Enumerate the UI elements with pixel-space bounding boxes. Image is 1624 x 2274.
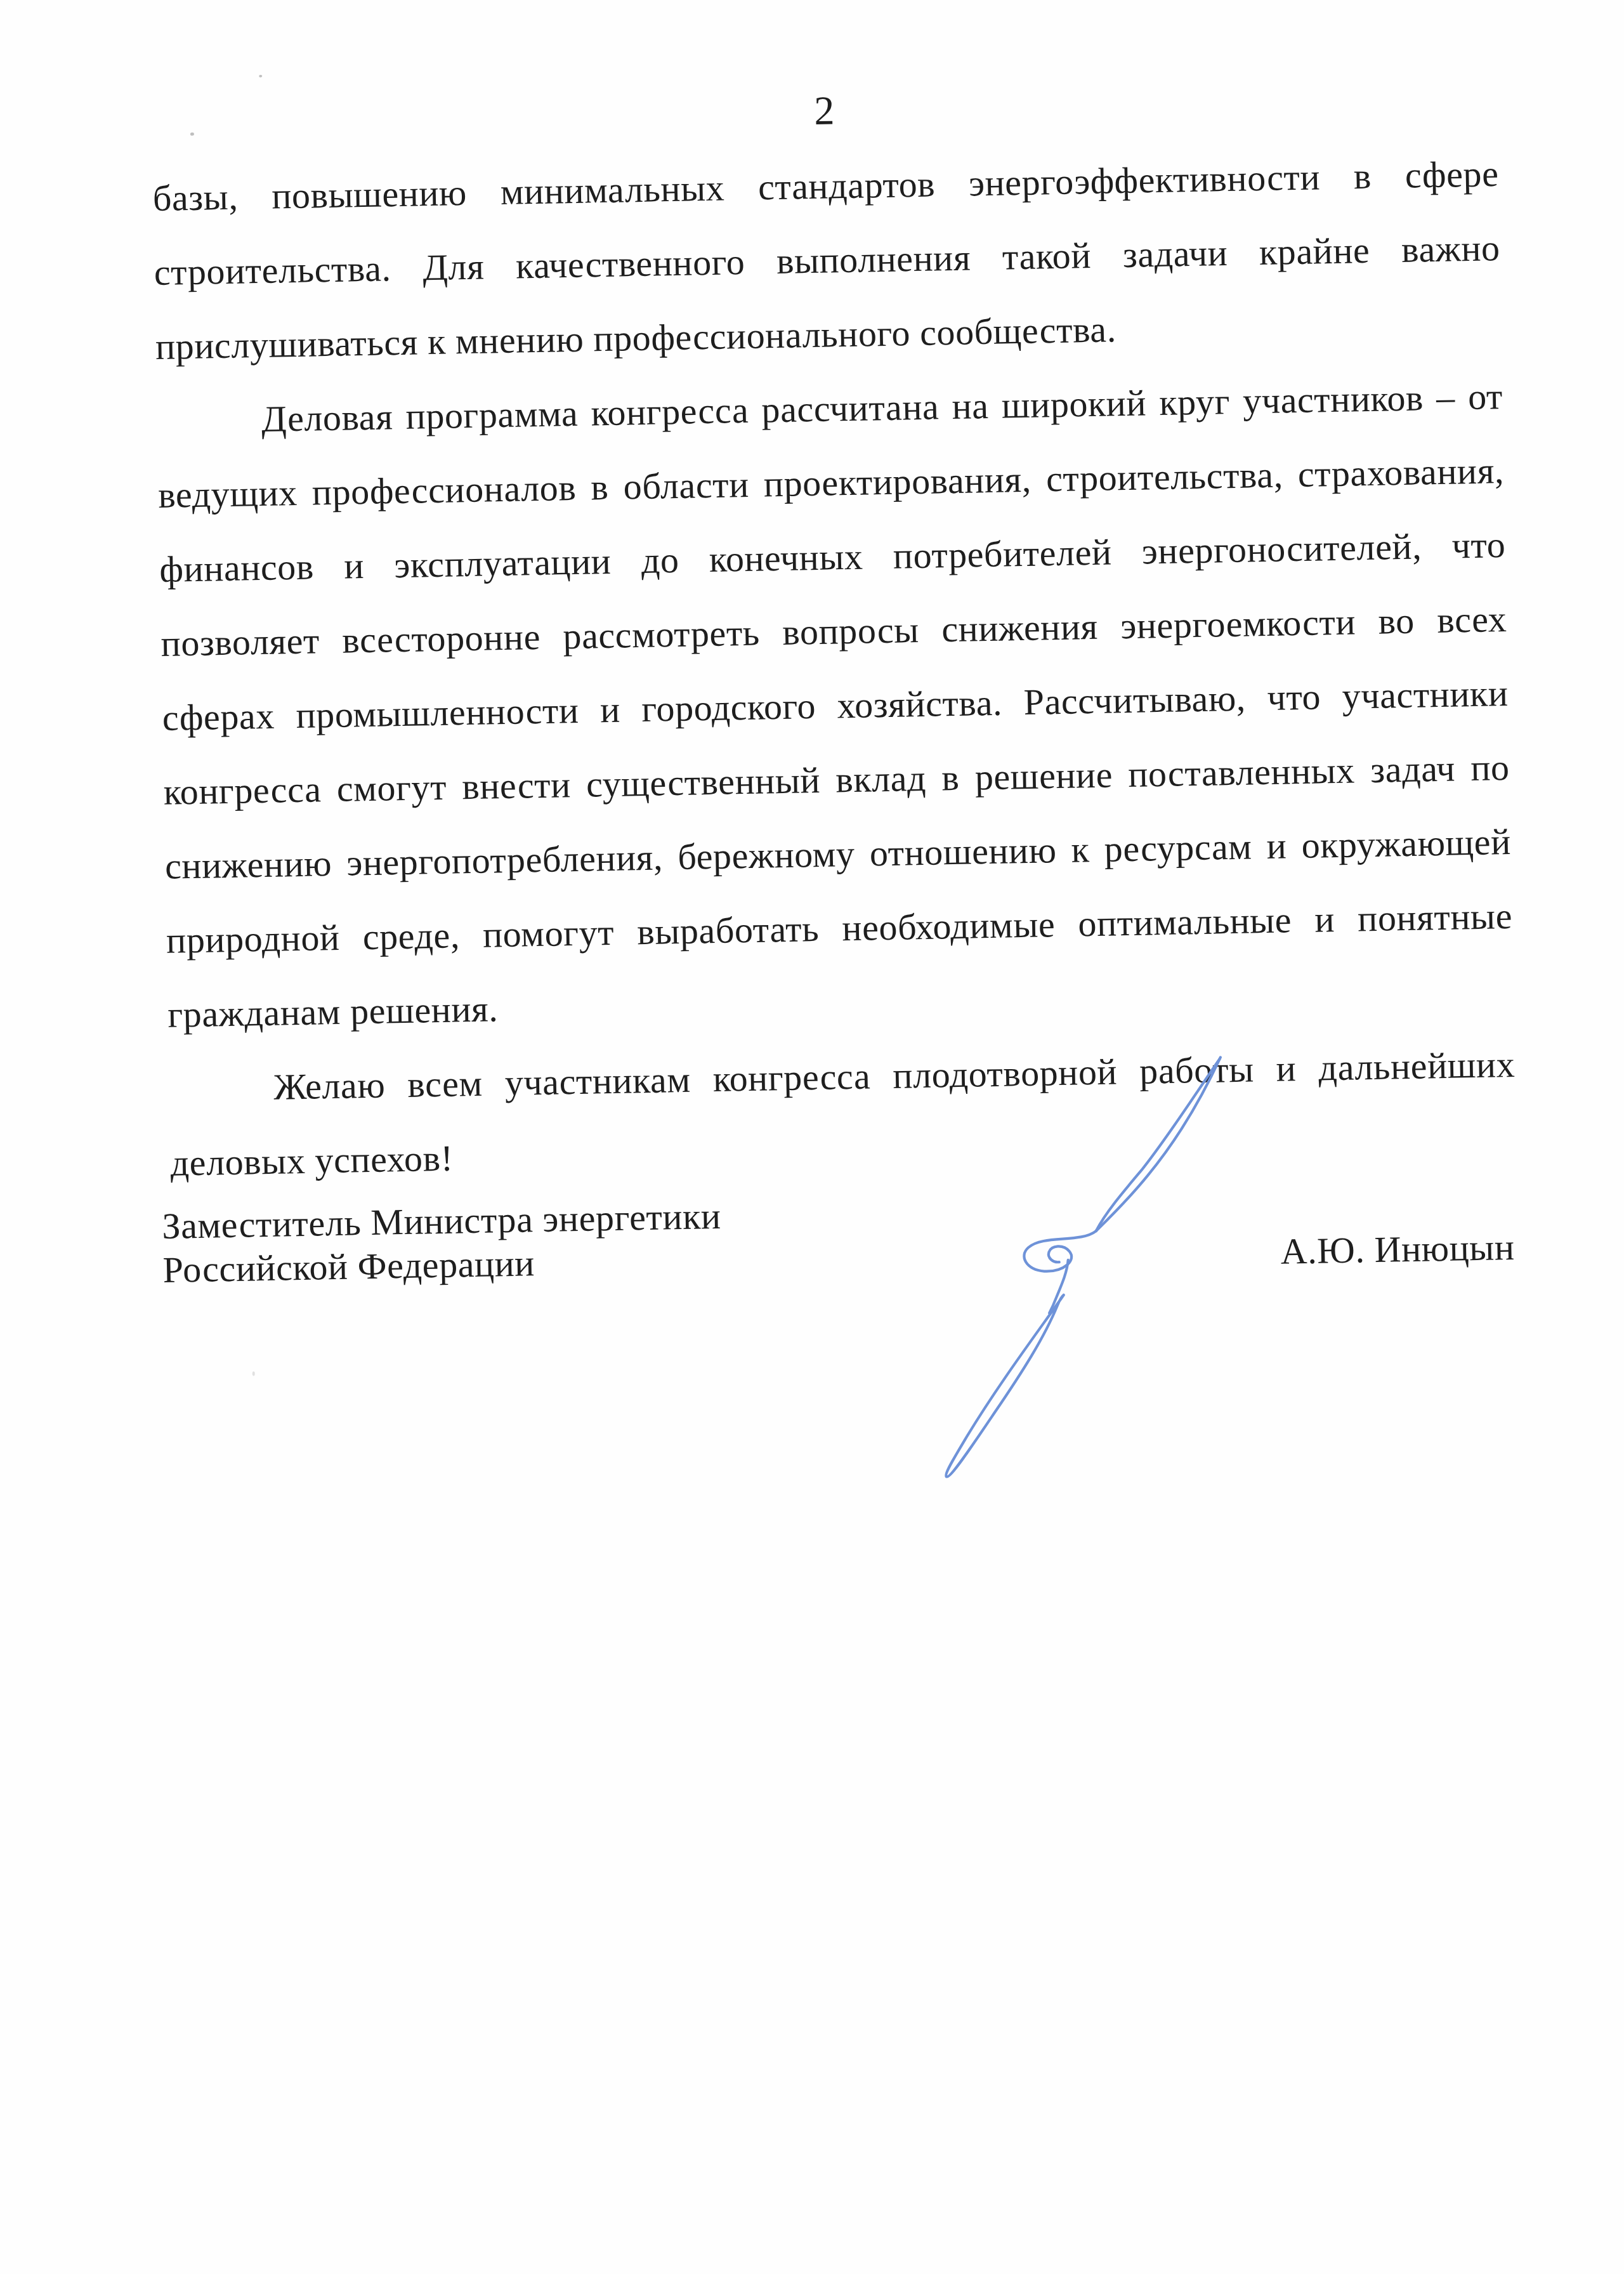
scan-dust-speck xyxy=(190,133,194,136)
scan-dust-speck xyxy=(252,1371,255,1376)
scan-dust-speck xyxy=(259,75,262,77)
page-number: 2 xyxy=(151,76,1498,146)
signer-name: А.Ю. Инюцын xyxy=(1280,1225,1515,1273)
document-page: 2 базы, повышению минимальных стандартов… xyxy=(0,0,1624,2274)
scanned-content: 2 базы, повышению минимальных стандартов… xyxy=(0,0,1624,2274)
signature-ink xyxy=(938,1057,1228,1476)
letter-body: базы, повышению минимальных стандартов э… xyxy=(152,136,1517,1200)
handwritten-signature xyxy=(905,1049,1236,1480)
